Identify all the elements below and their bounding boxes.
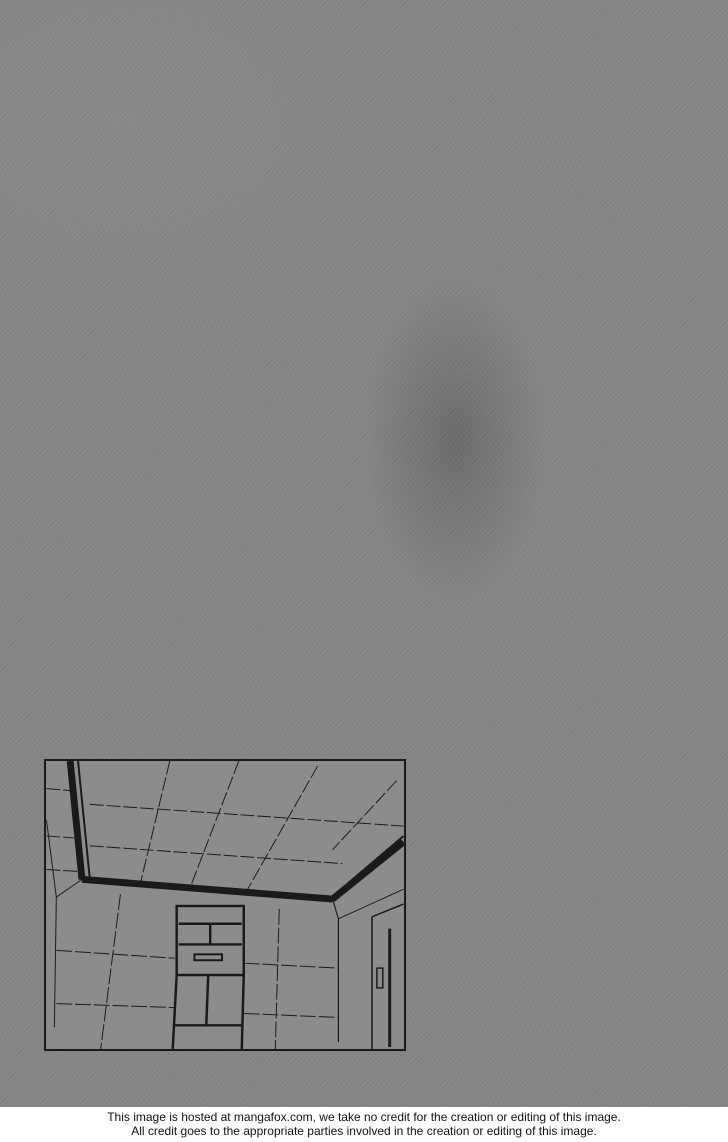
disclaimer-line-1: This image is hosted at mangafox.com, we… bbox=[0, 1110, 728, 1124]
manga-page bbox=[0, 0, 728, 1107]
disclaimer-line-2: All credit goes to the appropriate parti… bbox=[0, 1124, 728, 1138]
illustration-panel bbox=[44, 759, 406, 1051]
hosting-disclaimer: This image is hosted at mangafox.com, we… bbox=[0, 1107, 728, 1142]
room-illustration bbox=[46, 761, 404, 1049]
